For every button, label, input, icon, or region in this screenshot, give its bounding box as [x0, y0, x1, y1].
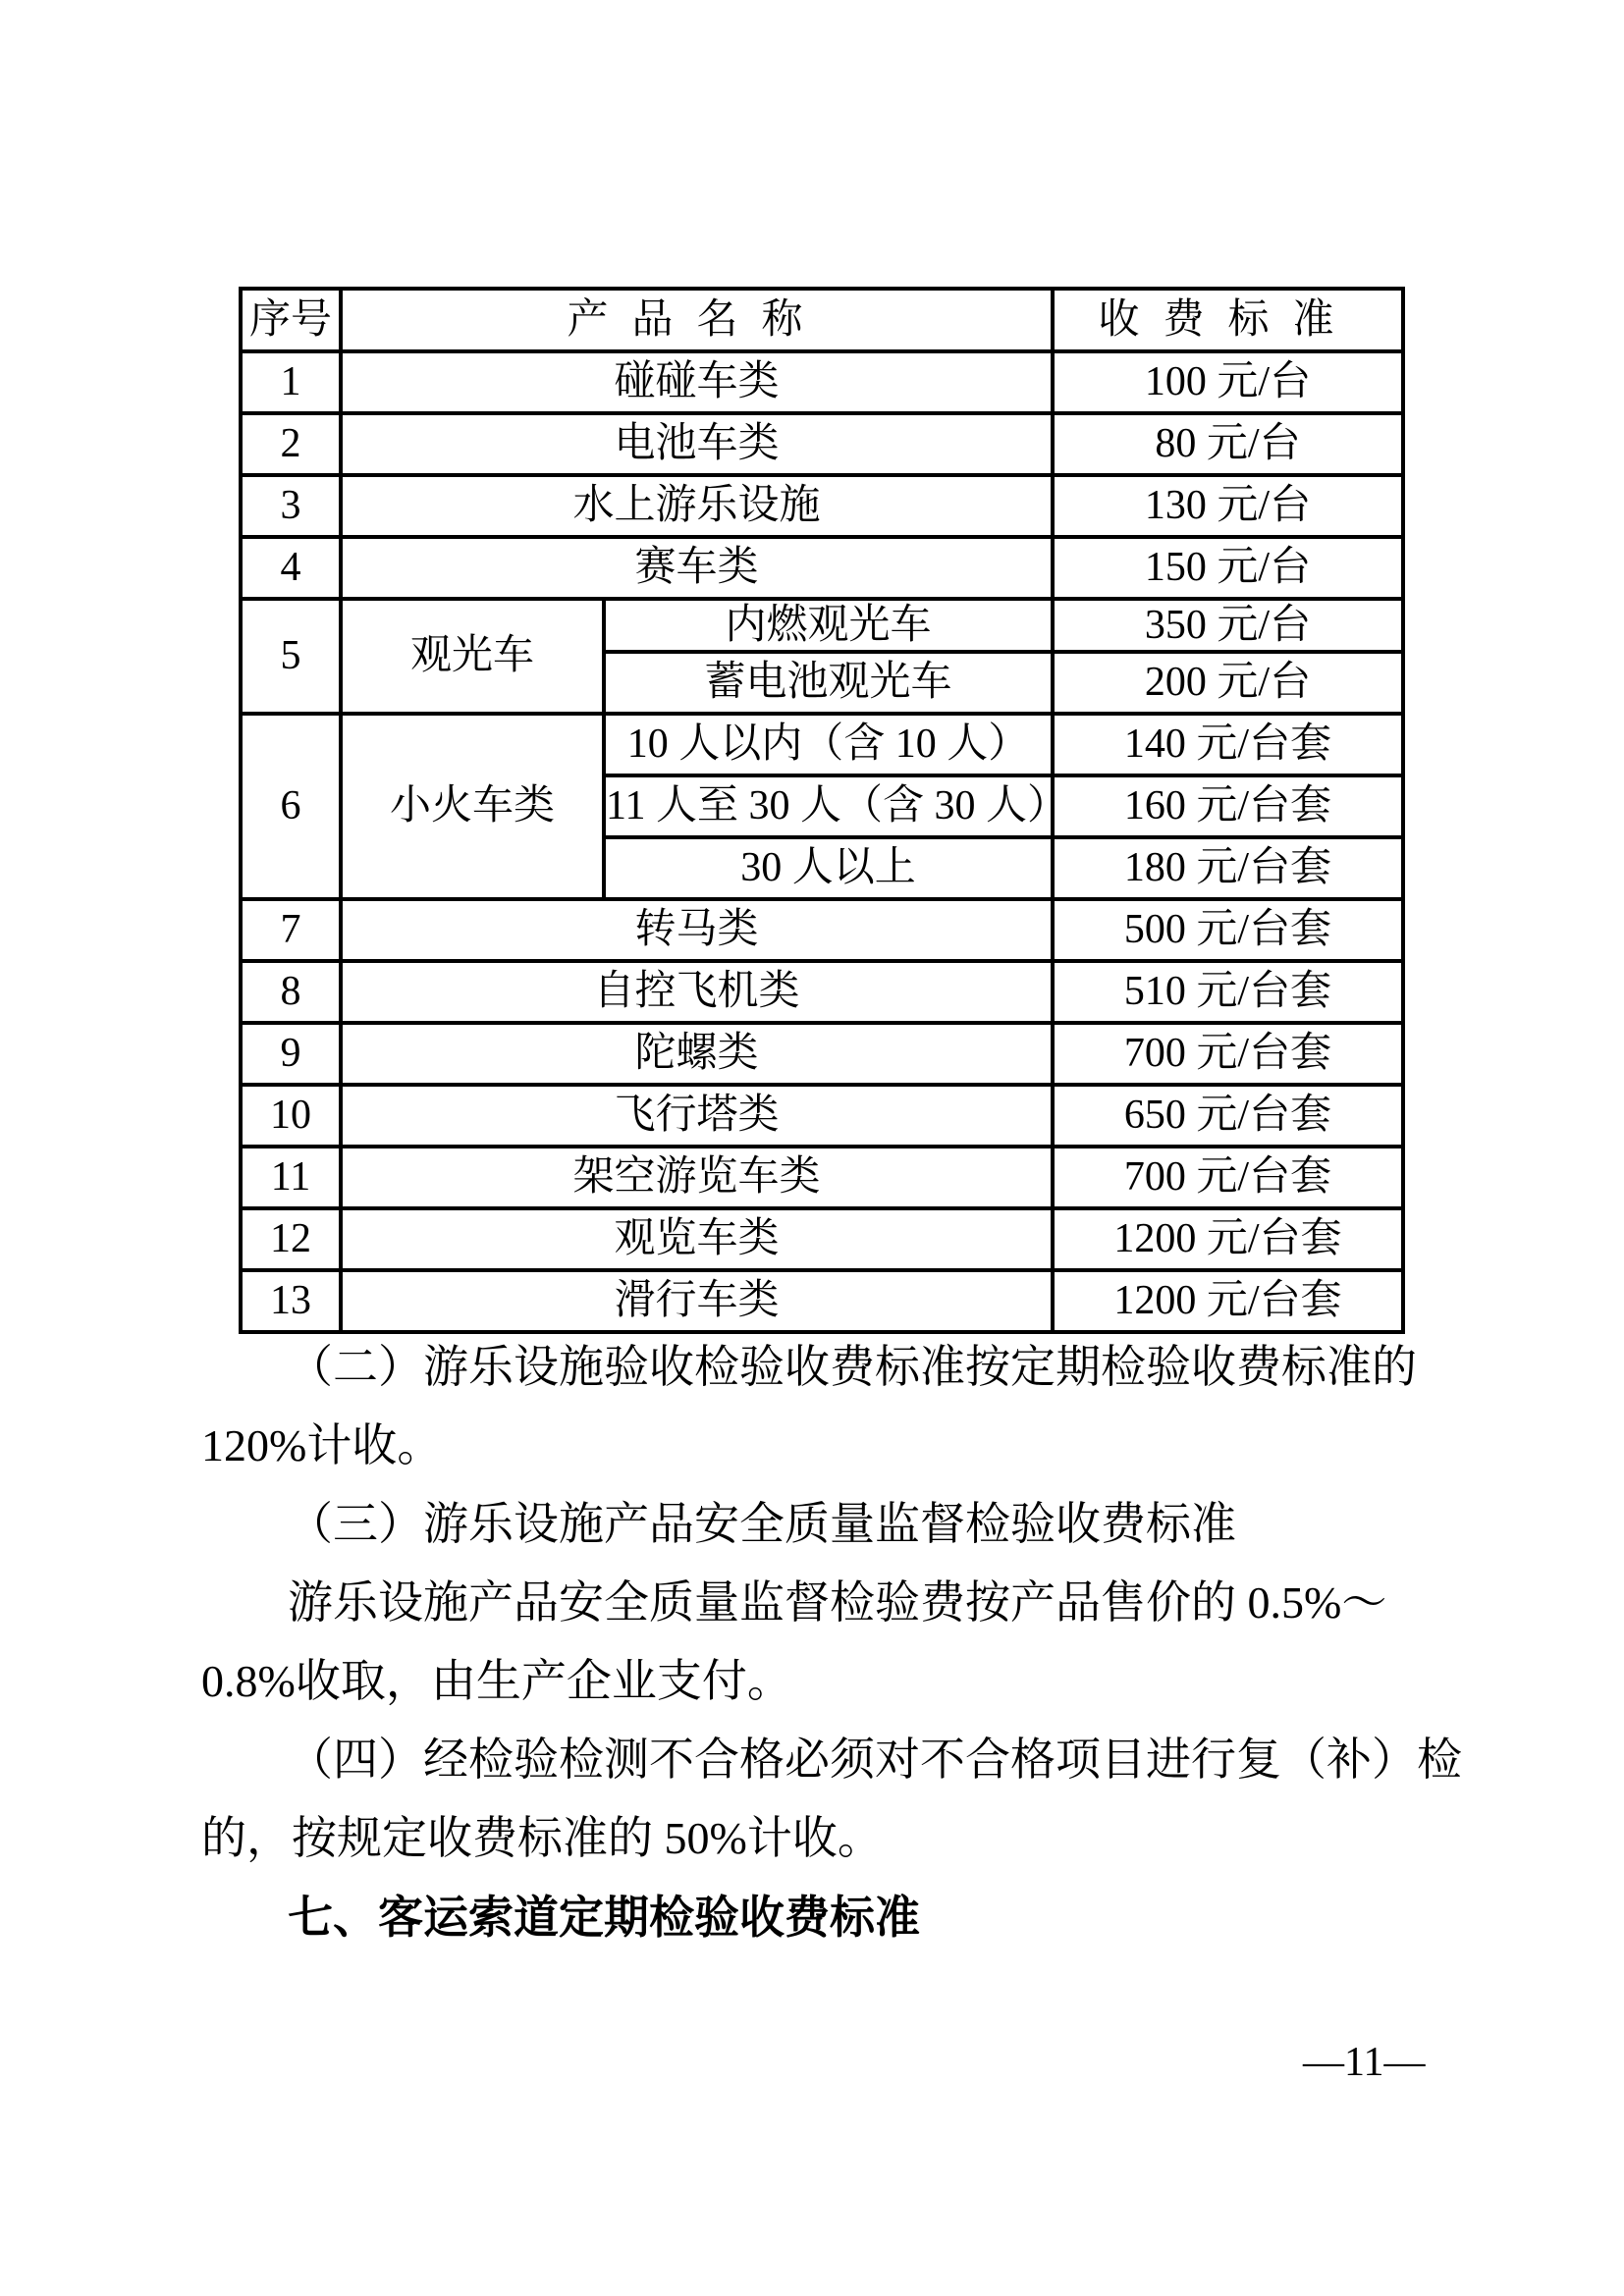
cell-fee-11: 700 元/台套: [1053, 1147, 1403, 1208]
cell-subproduct-6-2: 11 人至 30 人（含 30 人）: [604, 775, 1053, 837]
cell-fee-8: 510 元/台套: [1053, 961, 1403, 1023]
cell-product-1: 碰碰车类: [341, 351, 1053, 413]
paragraph-line: 0.8%收取，由生产企业支付。: [201, 1642, 1425, 1721]
cell-index-10: 10: [241, 1085, 341, 1147]
cell-index-3: 3: [241, 475, 341, 537]
col-header-fee: 收费标准: [1053, 289, 1403, 351]
table-row: 12 观览车类 1200 元/台套: [241, 1208, 1403, 1270]
cell-subproduct-5-2: 蓄电池观光车: [604, 652, 1053, 714]
cell-index-12: 12: [241, 1208, 341, 1270]
table-row: 2 电池车类 80 元/台: [241, 413, 1403, 475]
cell-fee-6-1: 140 元/台套: [1053, 714, 1403, 775]
cell-index-6: 6: [241, 714, 341, 899]
table-row: 6 小火车类 10 人以内（含 10 人） 140 元/台套: [241, 714, 1403, 775]
cell-index-2: 2: [241, 413, 341, 475]
cell-product-13: 滑行车类: [341, 1270, 1053, 1332]
col-header-product: 产品名称: [341, 289, 1053, 351]
table-row: 11 架空游览车类 700 元/台套: [241, 1147, 1403, 1208]
cell-fee-10: 650 元/台套: [1053, 1085, 1403, 1147]
cell-fee-5-1: 350 元/台: [1053, 599, 1403, 652]
cell-product-5: 观光车: [341, 599, 604, 714]
paragraph-line: 的，按规定收费标准的 50%计收。: [201, 1799, 1425, 1878]
table-row: 4 赛车类 150 元/台: [241, 537, 1403, 599]
paragraph-line: 游乐设施产品安全质量监督检验费按产品售价的 0.5%～: [201, 1564, 1425, 1642]
cell-index-4: 4: [241, 537, 341, 599]
cell-index-13: 13: [241, 1270, 341, 1332]
cell-fee-7: 500 元/台套: [1053, 899, 1403, 961]
document-page: 序号 产品名称 收费标准 1 碰碰车类 100 元/台 2 电池车类 80 元/…: [0, 0, 1624, 2296]
table-row: 8 自控飞机类 510 元/台套: [241, 961, 1403, 1023]
cell-fee-4: 150 元/台: [1053, 537, 1403, 599]
cell-fee-5-2: 200 元/台: [1053, 652, 1403, 714]
table-row: 13 滑行车类 1200 元/台套: [241, 1270, 1403, 1332]
cell-product-2: 电池车类: [341, 413, 1053, 475]
cell-product-7: 转马类: [341, 899, 1053, 961]
cell-subproduct-6-1: 10 人以内（含 10 人）: [604, 714, 1053, 775]
cell-index-5: 5: [241, 599, 341, 714]
paragraph-line: （四）经检验检测不合格必须对不合格项目进行复（补）检: [201, 1721, 1425, 1799]
body-text: （二）游乐设施验收检验收费标准按定期检验收费标准的 120%计收。 （三）游乐设…: [201, 1328, 1425, 1956]
cell-fee-2: 80 元/台: [1053, 413, 1403, 475]
table-row: 10 飞行塔类 650 元/台套: [241, 1085, 1403, 1147]
cell-product-8: 自控飞机类: [341, 961, 1053, 1023]
cell-product-6: 小火车类: [341, 714, 604, 899]
cell-product-3: 水上游乐设施: [341, 475, 1053, 537]
col-header-index: 序号: [241, 289, 341, 351]
cell-product-12: 观览车类: [341, 1208, 1053, 1270]
cell-fee-6-2: 160 元/台套: [1053, 775, 1403, 837]
section-heading: 七、客运索道定期检验收费标准: [201, 1878, 1425, 1956]
page-number: —11—: [1303, 2042, 1425, 2083]
table-row: 7 转马类 500 元/台套: [241, 899, 1403, 961]
cell-index-9: 9: [241, 1023, 341, 1085]
cell-fee-9: 700 元/台套: [1053, 1023, 1403, 1085]
cell-product-10: 飞行塔类: [341, 1085, 1053, 1147]
cell-index-7: 7: [241, 899, 341, 961]
cell-product-9: 陀螺类: [341, 1023, 1053, 1085]
table-row: 1 碰碰车类 100 元/台: [241, 351, 1403, 413]
cell-subproduct-5-1: 内燃观光车: [604, 599, 1053, 652]
cell-fee-1: 100 元/台: [1053, 351, 1403, 413]
paragraph-line: （三）游乐设施产品安全质量监督检验收费标准: [201, 1485, 1425, 1564]
paragraph-line: 120%计收。: [201, 1407, 1425, 1485]
cell-fee-12: 1200 元/台套: [1053, 1208, 1403, 1270]
cell-index-1: 1: [241, 351, 341, 413]
cell-fee-3: 130 元/台: [1053, 475, 1403, 537]
cell-subproduct-6-3: 30 人以上: [604, 837, 1053, 899]
cell-product-11: 架空游览车类: [341, 1147, 1053, 1208]
table-header-row: 序号 产品名称 收费标准: [241, 289, 1403, 351]
cell-product-4: 赛车类: [341, 537, 1053, 599]
amusement-fee-table: 序号 产品名称 收费标准 1 碰碰车类 100 元/台 2 电池车类 80 元/…: [239, 287, 1405, 1334]
cell-index-8: 8: [241, 961, 341, 1023]
table-row: 9 陀螺类 700 元/台套: [241, 1023, 1403, 1085]
cell-fee-13: 1200 元/台套: [1053, 1270, 1403, 1332]
table-row: 3 水上游乐设施 130 元/台: [241, 475, 1403, 537]
paragraph-line: （二）游乐设施验收检验收费标准按定期检验收费标准的: [201, 1328, 1425, 1407]
cell-fee-6-3: 180 元/台套: [1053, 837, 1403, 899]
table-row: 5 观光车 内燃观光车 350 元/台: [241, 599, 1403, 652]
cell-index-11: 11: [241, 1147, 341, 1208]
